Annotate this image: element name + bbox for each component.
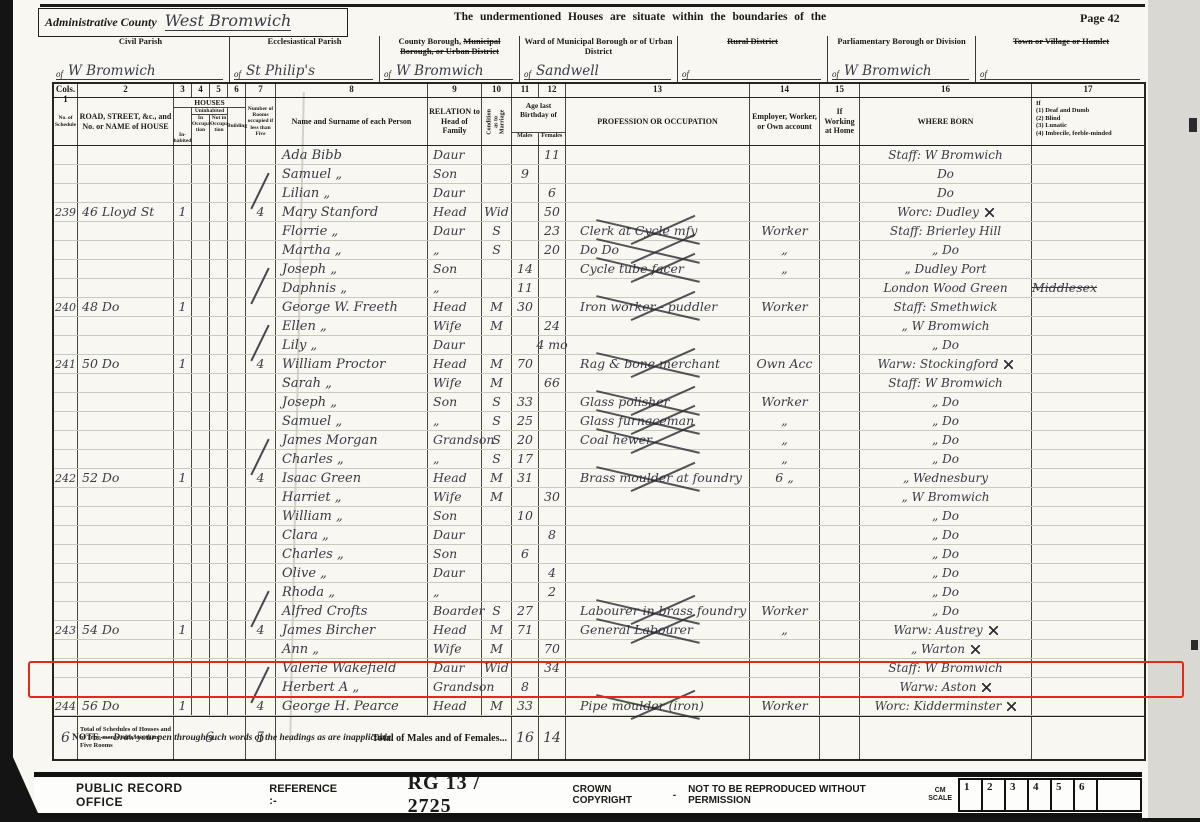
cell-home bbox=[820, 279, 860, 297]
cell-cond: M bbox=[482, 697, 512, 715]
cell-u2 bbox=[210, 412, 228, 430]
cell-born: Warw: Stockingford bbox=[860, 355, 1032, 373]
cell-m bbox=[512, 583, 539, 601]
cell-cond bbox=[482, 564, 512, 582]
cell-cond: M bbox=[482, 640, 512, 658]
administrative-county-box: Administrative County West Bromwich bbox=[38, 8, 348, 37]
cell-u2 bbox=[210, 374, 228, 392]
cell-inf: Middlesex bbox=[1032, 279, 1144, 297]
cell-r bbox=[78, 336, 174, 354]
cell-u1 bbox=[192, 545, 210, 563]
cell-occ: General Labourer bbox=[566, 621, 750, 639]
cell-home bbox=[820, 374, 860, 392]
reference-label: REFERENCE :- bbox=[269, 783, 337, 807]
cell-cond bbox=[482, 336, 512, 354]
cell-born: „ Dudley Port bbox=[860, 260, 1032, 278]
cell-rel: Head bbox=[428, 298, 482, 316]
cell-n7 bbox=[246, 507, 276, 525]
cell-m bbox=[512, 564, 539, 582]
cell-occ: Brass moulder at foundry bbox=[566, 469, 750, 487]
cell-u1 bbox=[192, 279, 210, 297]
cell-name: Mary Stanford bbox=[276, 203, 428, 221]
cell-inf bbox=[1032, 488, 1144, 506]
cell-rel: Daur bbox=[428, 526, 482, 544]
cell-u1 bbox=[192, 260, 210, 278]
cell-emp bbox=[750, 507, 820, 525]
cell-i bbox=[174, 317, 192, 335]
scan-edge-bottom bbox=[0, 818, 1200, 822]
cell-rel: Son bbox=[428, 393, 482, 411]
cell-u1 bbox=[192, 165, 210, 183]
cell-rel: „ bbox=[428, 241, 482, 259]
census-row: 24150 Do14William ProctorHeadM70Rag & bo… bbox=[54, 355, 1144, 374]
census-row: Charles „Son6„ Do bbox=[54, 545, 1144, 564]
cell-rel: Daur bbox=[428, 146, 482, 164]
cell-u2 bbox=[210, 697, 228, 715]
cell-r: 48 Do bbox=[78, 298, 174, 316]
cell-home bbox=[820, 640, 860, 658]
cell-r bbox=[78, 374, 174, 392]
cell-f: 11 bbox=[539, 146, 566, 164]
cell-i: 1 bbox=[174, 355, 192, 373]
cell-m: 20 bbox=[512, 431, 539, 449]
cell-name: James Bircher bbox=[276, 621, 428, 639]
cell-name: Samuel „ bbox=[276, 165, 428, 183]
cell-s bbox=[54, 602, 78, 620]
col-header-rooms: Number of Rooms occupied if less than Fi… bbox=[246, 98, 276, 145]
col-header-road: ROAD, STREET, &c., and No. or NAME of HO… bbox=[78, 98, 174, 145]
cell-occ bbox=[566, 526, 750, 544]
cell-emp: „ bbox=[750, 621, 820, 639]
cell-u2 bbox=[210, 184, 228, 202]
cell-occ: Pipe moulder (iron) bbox=[566, 697, 750, 715]
col-header-age: Age last Birthday of bbox=[512, 98, 565, 132]
cell-b6 bbox=[228, 298, 246, 316]
scan-artifact bbox=[1189, 118, 1197, 132]
cell-occ bbox=[566, 583, 750, 601]
cell-occ bbox=[566, 317, 750, 335]
cell-u1 bbox=[192, 317, 210, 335]
cell-u2 bbox=[210, 602, 228, 620]
cell-occ bbox=[566, 203, 750, 221]
cell-n7 bbox=[246, 184, 276, 202]
cell-i bbox=[174, 412, 192, 430]
cell-emp: Worker bbox=[750, 602, 820, 620]
cell-name: Rhoda „ bbox=[276, 583, 428, 601]
reference-number: RG 13 / 2725 bbox=[408, 772, 515, 818]
col-header-profession: PROFESSION OR OCCUPATION bbox=[566, 98, 750, 145]
cell-r bbox=[78, 412, 174, 430]
cell-cond: Wid bbox=[482, 203, 512, 221]
census-row: 24354 Do14James BircherHeadM71General La… bbox=[54, 621, 1144, 640]
cell-r bbox=[78, 222, 174, 240]
cell-b6 bbox=[228, 507, 246, 525]
cell-u2 bbox=[210, 431, 228, 449]
cell-rel: Son bbox=[428, 545, 482, 563]
cell-b6 bbox=[228, 640, 246, 658]
cell-f: 50 bbox=[539, 203, 566, 221]
cell-u2 bbox=[210, 355, 228, 373]
census-row: Ann „WifeM70„ Warton bbox=[54, 640, 1144, 659]
census-row: William „Son10„ Do bbox=[54, 507, 1144, 526]
cell-n7 bbox=[246, 488, 276, 506]
cell-s bbox=[54, 583, 78, 601]
cell-b6 bbox=[228, 146, 246, 164]
cell-home bbox=[820, 526, 860, 544]
cell-emp bbox=[750, 564, 820, 582]
cell-rel: Daur bbox=[428, 222, 482, 240]
cell-rel: Son bbox=[428, 260, 482, 278]
cell-emp: 6 „ bbox=[750, 469, 820, 487]
cell-inf bbox=[1032, 146, 1144, 164]
cell-m: 30 bbox=[512, 298, 539, 316]
cell-inf bbox=[1032, 165, 1144, 183]
cell-born: London Wood Green bbox=[860, 279, 1032, 297]
cell-cond: M bbox=[482, 298, 512, 316]
cell-u2 bbox=[210, 298, 228, 316]
cell-b6 bbox=[228, 241, 246, 259]
cell-cond: M bbox=[482, 469, 512, 487]
cell-f: 20 bbox=[539, 241, 566, 259]
col-header-age-group: Age last Birthday of Males Females bbox=[512, 98, 566, 145]
cell-n7 bbox=[246, 640, 276, 658]
cell-b6 bbox=[228, 317, 246, 335]
cell-born: „ Do bbox=[860, 241, 1032, 259]
cell-rel: Head bbox=[428, 203, 482, 221]
cell-m: 14 bbox=[512, 260, 539, 278]
cell-r bbox=[78, 146, 174, 164]
cell-i: 1 bbox=[174, 697, 192, 715]
cell-emp: Worker bbox=[750, 393, 820, 411]
scale-cell: 1 bbox=[958, 778, 981, 812]
cell-home bbox=[820, 621, 860, 639]
cell-home bbox=[820, 469, 860, 487]
cell-u1 bbox=[192, 184, 210, 202]
cell-m bbox=[512, 184, 539, 202]
cell-i bbox=[174, 602, 192, 620]
cell-i bbox=[174, 488, 192, 506]
cell-r bbox=[78, 488, 174, 506]
census-row: 24048 Do1George W. FreethHeadM30Iron wor… bbox=[54, 298, 1144, 317]
cell-r bbox=[78, 640, 174, 658]
cell-cond: M bbox=[482, 488, 512, 506]
cell-emp: Worker bbox=[750, 222, 820, 240]
cell-name: George H. Pearce bbox=[276, 697, 428, 715]
cell-b6 bbox=[228, 488, 246, 506]
cell-rel: „ bbox=[428, 450, 482, 468]
cell-name: Clara „ bbox=[276, 526, 428, 544]
cell-emp: Own Acc bbox=[750, 355, 820, 373]
census-row: Clara „Daur8„ Do bbox=[54, 526, 1144, 545]
cell-born: „ Do bbox=[860, 507, 1032, 525]
red-highlight-box bbox=[28, 661, 1184, 698]
cell-u1 bbox=[192, 298, 210, 316]
cell-emp bbox=[750, 336, 820, 354]
cell-born: Staff: Smethwick bbox=[860, 298, 1032, 316]
cell-inf bbox=[1032, 412, 1144, 430]
cell-home bbox=[820, 146, 860, 164]
cell-u2 bbox=[210, 488, 228, 506]
cell-i: 1 bbox=[174, 469, 192, 487]
cell-rel: Wife bbox=[428, 317, 482, 335]
cell-b6 bbox=[228, 697, 246, 715]
parish-value: W Bromwich bbox=[844, 63, 932, 79]
column-header-row: No. of Schedule ROAD, STREET, &c., and N… bbox=[54, 98, 1144, 146]
cell-home bbox=[820, 488, 860, 506]
cell-cond: S bbox=[482, 241, 512, 259]
cell-u1 bbox=[192, 431, 210, 449]
cell-n7 bbox=[246, 545, 276, 563]
cell-u1 bbox=[192, 355, 210, 373]
cell-b6 bbox=[228, 336, 246, 354]
cell-r bbox=[78, 545, 174, 563]
cell-cond bbox=[482, 279, 512, 297]
cell-i bbox=[174, 260, 192, 278]
cell-cond bbox=[482, 583, 512, 601]
scale-cell: 6 bbox=[1073, 778, 1096, 812]
cell-b6 bbox=[228, 450, 246, 468]
cell-home bbox=[820, 260, 860, 278]
cell-inf bbox=[1032, 355, 1144, 373]
col-header-working-at-home: If Working at Home bbox=[820, 98, 860, 145]
cell-occ: Do Do bbox=[566, 241, 750, 259]
cell-r: 56 Do bbox=[78, 697, 174, 715]
cell-u2 bbox=[210, 336, 228, 354]
cell-u1 bbox=[192, 374, 210, 392]
cell-m bbox=[512, 241, 539, 259]
cell-cond: S bbox=[482, 412, 512, 430]
cell-occ: Rag & bone merchant bbox=[566, 355, 750, 373]
cell-born: „ Do bbox=[860, 583, 1032, 601]
note-text: NOTE.— Draw your pen through such words … bbox=[72, 733, 393, 743]
cell-born: „ Warton bbox=[860, 640, 1032, 658]
cell-u1 bbox=[192, 222, 210, 240]
cell-inf bbox=[1032, 222, 1144, 240]
cell-inf bbox=[1032, 184, 1144, 202]
cell-born: Worc: Dudley bbox=[860, 203, 1032, 221]
cell-cond: M bbox=[482, 621, 512, 639]
cell-f bbox=[539, 355, 566, 373]
col-header-females: Females bbox=[539, 133, 565, 145]
cell-inf bbox=[1032, 583, 1144, 601]
cell-name: William Proctor bbox=[276, 355, 428, 373]
cell-name: William „ bbox=[276, 507, 428, 525]
administrative-county-value: West Bromwich bbox=[165, 11, 292, 31]
cell-born: Do bbox=[860, 165, 1032, 183]
parish-box: Town or Village or Hamletof bbox=[976, 36, 1146, 82]
cell-s: 241 bbox=[54, 355, 78, 373]
cell-emp bbox=[750, 526, 820, 544]
census-row: Harriet „WifeM30„ W Bromwich bbox=[54, 488, 1144, 507]
cell-inf bbox=[1032, 336, 1144, 354]
cell-f bbox=[539, 697, 566, 715]
cell-i: 1 bbox=[174, 298, 192, 316]
cell-u1 bbox=[192, 564, 210, 582]
cell-s bbox=[54, 507, 78, 525]
cell-i bbox=[174, 393, 192, 411]
cell-b6 bbox=[228, 203, 246, 221]
cell-occ: Clerk at Cycle mfy bbox=[566, 222, 750, 240]
cell-i bbox=[174, 583, 192, 601]
cell-u1 bbox=[192, 469, 210, 487]
cell-m: 9 bbox=[512, 165, 539, 183]
crown-copyright-label: CROWN COPYRIGHT bbox=[573, 784, 661, 806]
cell-rel: Wife bbox=[428, 640, 482, 658]
cell-i bbox=[174, 545, 192, 563]
cell-born: Do bbox=[860, 184, 1032, 202]
cell-s: 240 bbox=[54, 298, 78, 316]
cell-b6 bbox=[228, 222, 246, 240]
cell-i bbox=[174, 165, 192, 183]
paper-top-edge bbox=[40, 4, 1145, 7]
cell-f: 6 bbox=[539, 184, 566, 202]
cell-f bbox=[539, 602, 566, 620]
cell-cond bbox=[482, 260, 512, 278]
cell-born: Staff: W Bromwich bbox=[860, 374, 1032, 392]
administrative-county-label: Administrative County bbox=[45, 15, 157, 30]
cell-s bbox=[54, 431, 78, 449]
cell-b6 bbox=[228, 165, 246, 183]
cell-name: Lilian „ bbox=[276, 184, 428, 202]
cell-inf bbox=[1032, 507, 1144, 525]
cell-home bbox=[820, 545, 860, 563]
cell-born: Warw: Austrey bbox=[860, 621, 1032, 639]
column-number: 4 bbox=[192, 84, 210, 97]
cell-name: Daphnis „ bbox=[276, 279, 428, 297]
cell-s bbox=[54, 412, 78, 430]
cell-s bbox=[54, 260, 78, 278]
cell-m: 10 bbox=[512, 507, 539, 525]
column-number: 3 bbox=[174, 84, 192, 97]
cell-i bbox=[174, 222, 192, 240]
column-number: 6 bbox=[228, 84, 246, 97]
totals-females: 14 bbox=[539, 717, 566, 759]
cell-u1 bbox=[192, 412, 210, 430]
cell-u2 bbox=[210, 545, 228, 563]
cell-emp: „ bbox=[750, 241, 820, 259]
page-number: Page 42 bbox=[1080, 11, 1120, 26]
cell-m: 33 bbox=[512, 697, 539, 715]
cell-n7 bbox=[246, 317, 276, 335]
cell-s bbox=[54, 184, 78, 202]
cell-occ: Glass polisher bbox=[566, 393, 750, 411]
census-row: Ada BibbDaur11Staff: W Bromwich bbox=[54, 146, 1144, 165]
parish-box: Ecclesiastical Parish ofSt Philip's bbox=[230, 36, 380, 82]
cell-rel: Daur bbox=[428, 564, 482, 582]
cell-f: 66 bbox=[539, 374, 566, 392]
cell-rel: Boarder bbox=[428, 602, 482, 620]
cell-emp bbox=[750, 583, 820, 601]
cell-emp bbox=[750, 488, 820, 506]
cell-inf bbox=[1032, 317, 1144, 335]
cell-inf bbox=[1032, 450, 1144, 468]
cell-s bbox=[54, 317, 78, 335]
cell-n7 bbox=[246, 336, 276, 354]
cell-s bbox=[54, 222, 78, 240]
cell-cond bbox=[482, 526, 512, 544]
cell-r bbox=[78, 526, 174, 544]
cell-born: Staff: W Bromwich bbox=[860, 146, 1032, 164]
cell-n7 bbox=[246, 374, 276, 392]
cell-home bbox=[820, 336, 860, 354]
cell-u1 bbox=[192, 621, 210, 639]
cell-m bbox=[512, 203, 539, 221]
column-number: 10 bbox=[482, 84, 512, 97]
cell-born: Worc: Kidderminster bbox=[860, 697, 1032, 715]
cell-emp bbox=[750, 203, 820, 221]
column-number: 8 bbox=[276, 84, 428, 97]
cell-u1 bbox=[192, 450, 210, 468]
cell-n7 bbox=[246, 450, 276, 468]
cell-emp: „ bbox=[750, 450, 820, 468]
cell-rel: Son bbox=[428, 507, 482, 525]
col-header-building: Building bbox=[228, 108, 246, 145]
cell-occ: Cycle tube facer bbox=[566, 260, 750, 278]
cell-m bbox=[512, 526, 539, 544]
cell-born: „ Do bbox=[860, 336, 1032, 354]
cell-n7 bbox=[246, 393, 276, 411]
cell-n7 bbox=[246, 222, 276, 240]
cell-f: 2 bbox=[539, 583, 566, 601]
cell-i bbox=[174, 336, 192, 354]
parish-value: St Philip's bbox=[246, 63, 315, 79]
scale-cell: 5 bbox=[1050, 778, 1073, 812]
cell-home bbox=[820, 507, 860, 525]
cell-s bbox=[54, 336, 78, 354]
cell-n7 bbox=[246, 146, 276, 164]
cell-inf bbox=[1032, 469, 1144, 487]
cell-home bbox=[820, 583, 860, 601]
cell-emp bbox=[750, 146, 820, 164]
col-header-males: Males bbox=[512, 133, 539, 145]
cell-m: 17 bbox=[512, 450, 539, 468]
col-header-uninhabited: Uninhabited bbox=[192, 108, 227, 115]
cell-name: Florrie „ bbox=[276, 222, 428, 240]
column-number: 13 bbox=[566, 84, 750, 97]
census-row: Olive „Daur4„ Do bbox=[54, 564, 1144, 583]
cell-r bbox=[78, 450, 174, 468]
cell-b6 bbox=[228, 564, 246, 582]
cell-b6 bbox=[228, 393, 246, 411]
cell-name: Ann „ bbox=[276, 640, 428, 658]
cell-b6 bbox=[228, 526, 246, 544]
cell-u2 bbox=[210, 621, 228, 639]
cell-rel: Daur bbox=[428, 184, 482, 202]
col-header-condition: Condition as to Marriage bbox=[482, 98, 512, 145]
cell-occ bbox=[566, 165, 750, 183]
cell-home bbox=[820, 298, 860, 316]
cell-f bbox=[539, 450, 566, 468]
cell-name: Olive „ bbox=[276, 564, 428, 582]
cell-m: 71 bbox=[512, 621, 539, 639]
cell-u2 bbox=[210, 260, 228, 278]
cell-name: James Morgan bbox=[276, 431, 428, 449]
column-number: 2 bbox=[78, 84, 174, 97]
cell-name: Samuel „ bbox=[276, 412, 428, 430]
cell-rel: Head bbox=[428, 469, 482, 487]
cell-s bbox=[54, 640, 78, 658]
cell-m: 25 bbox=[512, 412, 539, 430]
cell-rel: „ bbox=[428, 279, 482, 297]
cell-inf bbox=[1032, 393, 1144, 411]
column-number: Cols. 1 bbox=[54, 84, 78, 97]
cell-f bbox=[539, 545, 566, 563]
cell-rel: Wife bbox=[428, 374, 482, 392]
cell-u2 bbox=[210, 317, 228, 335]
cell-u2 bbox=[210, 165, 228, 183]
cell-emp bbox=[750, 165, 820, 183]
parish-box: County Borough, Municipal Borough, or Ur… bbox=[380, 36, 520, 82]
